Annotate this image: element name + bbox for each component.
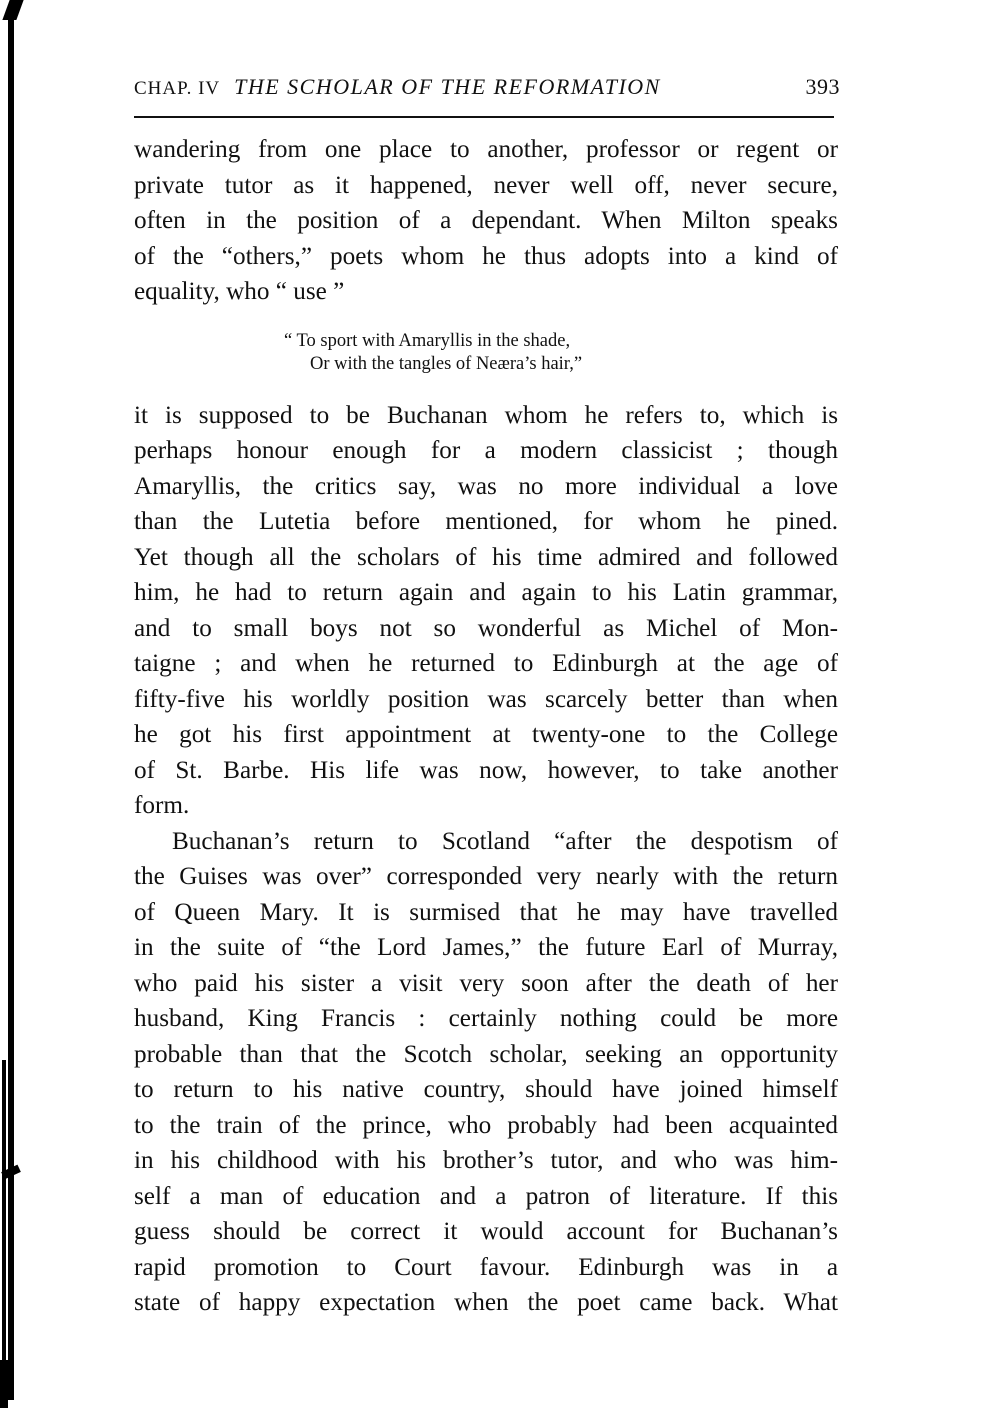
text-line: self a man of education and a patron of … <box>134 1179 838 1215</box>
text-line: taigne ; and when he returned to Edinbur… <box>134 646 838 682</box>
text-line: in the suite of “the Lord James,” the fu… <box>134 930 838 966</box>
text-line: fifty-five his worldly position was scar… <box>134 682 838 718</box>
verse-line: “ To sport with Amaryllis in the shade, <box>284 330 838 353</box>
verse-quotation: “ To sport with Amaryllis in the shade, … <box>284 330 838 376</box>
running-head: CHAP. IV THE SCHOLAR OF THE REFORMATION … <box>134 72 840 110</box>
verse-line: Or with the tangles of Neæra’s hair,” <box>284 353 838 376</box>
text-line: than the Lutetia before mentioned, for w… <box>134 504 838 540</box>
text-line: probable than that the Scotch scholar, s… <box>134 1037 838 1073</box>
text-line: husband, King Francis : certainly nothin… <box>134 1001 838 1037</box>
running-title: THE SCHOLAR OF THE REFORMATION <box>234 74 805 100</box>
page-number: 393 <box>806 74 841 100</box>
text-line: often in the position of a dependant. Wh… <box>134 203 838 239</box>
scanned-binding-edge <box>0 0 16 1408</box>
text-line: it is supposed to be Buchanan whom he re… <box>134 398 838 434</box>
paragraph-1: wandering from one place to another, pro… <box>134 132 838 310</box>
binding-edge-foot <box>0 1360 8 1408</box>
text-line: and to small boys not so wonderful as Mi… <box>134 611 838 647</box>
text-line: private tutor as it happened, never well… <box>134 168 838 204</box>
text-line: of St. Barbe. His life was now, however,… <box>134 753 838 789</box>
text-line: wandering from one place to another, pro… <box>134 132 838 168</box>
text-line: to the train of the prince, who probably… <box>134 1108 838 1144</box>
text-line: state of happy expectation when the poet… <box>134 1285 838 1321</box>
header-rule <box>134 116 834 118</box>
text-line: him, he had to return again and again to… <box>134 575 838 611</box>
paragraph-2: Buchanan’s return to Scotland “after the… <box>134 824 838 1321</box>
text-line: in his childhood with his brother’s tuto… <box>134 1143 838 1179</box>
text-line: Buchanan’s return to Scotland “after the… <box>134 824 838 860</box>
binding-edge-lower <box>2 1060 6 1400</box>
paragraph-1-continued: it is supposed to be Buchanan whom he re… <box>134 398 838 824</box>
binding-edge-main <box>8 10 14 1400</box>
chapter-label: CHAP. IV <box>134 78 220 100</box>
text-line: Yet though all the scholars of his time … <box>134 540 838 576</box>
text-line: perhaps honour enough for a modern class… <box>134 433 838 469</box>
body-text: wandering from one place to another, pro… <box>134 132 838 1321</box>
text-line: equality, who “ use ” <box>134 274 838 310</box>
text-line: of the “others,” poets whom he thus adop… <box>134 239 838 275</box>
text-line: to return to his native country, should … <box>134 1072 838 1108</box>
text-line: the Guises was over” corresponded very n… <box>134 859 838 895</box>
text-line: Amaryllis, the critics say, was no more … <box>134 469 838 505</box>
text-line: of Queen Mary. It is surmised that he ma… <box>134 895 838 931</box>
text-line: rapid promotion to Court favour. Edinbur… <box>134 1250 838 1286</box>
text-line: he got his first appointment at twenty-o… <box>134 717 838 753</box>
book-page: CHAP. IV THE SCHOLAR OF THE REFORMATION … <box>134 72 840 1321</box>
text-line: guess should be correct it would account… <box>134 1214 838 1250</box>
text-line: who paid his sister a visit very soon af… <box>134 966 838 1002</box>
text-line: form. <box>134 788 838 824</box>
